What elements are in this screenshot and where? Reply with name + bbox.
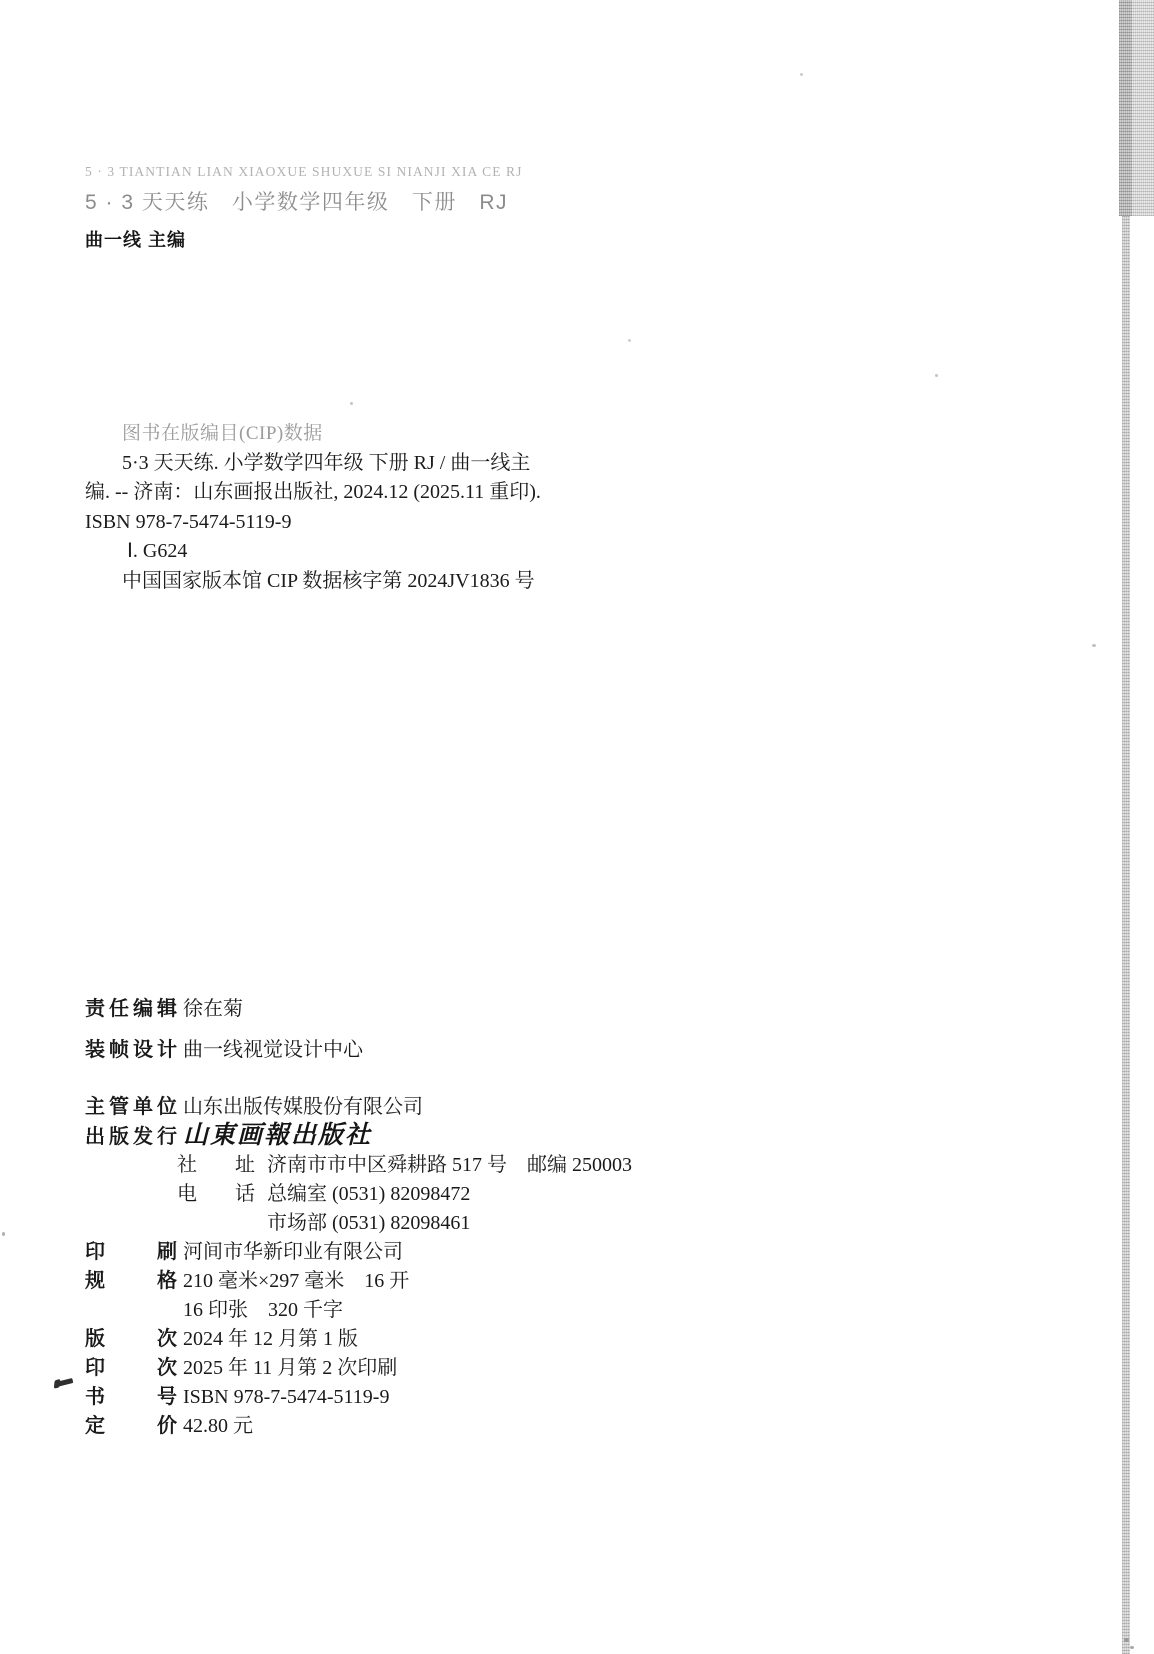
colophon-row-impression: 印次 2025 年 11 月第 2 次印刷 — [85, 1356, 785, 1385]
scan-speck — [628, 339, 631, 342]
scan-edge-strip — [1122, 216, 1130, 1654]
colophon-row-address: 社址 济南市市中区舜耕路 517 号 邮编 250003 — [85, 1153, 785, 1182]
cip-record-number: 中国国家版本馆 CIP 数据核字第 2024JV1836 号 — [85, 567, 645, 597]
colophon-row-phone: 电话 总编室 (0531) 82098472 — [85, 1182, 785, 1211]
cip-line: 编. -- 济南：山东画报出版社, 2024.12 (2025.11 重印). — [85, 478, 645, 508]
row-label: 定价 — [85, 1414, 177, 1439]
row-label: 主管单位 — [85, 1095, 177, 1120]
colophon-row-editor: 责任编辑 徐在菊 — [85, 997, 785, 1026]
colophon-row-phone-market: 市场部 (0531) 82098461 — [85, 1211, 785, 1240]
row-label: 规格 — [85, 1269, 177, 1294]
row-label: 版次 — [85, 1327, 177, 1352]
colophon-row-publisher: 出版发行 山東画報出版社 — [85, 1124, 785, 1153]
row-label: 出版发行 — [85, 1125, 177, 1150]
row-label: 印次 — [85, 1356, 177, 1381]
colophon-row-design: 装帧设计 曲一线视觉设计中心 — [85, 1038, 785, 1067]
scan-edge-band-dark — [1119, 0, 1132, 216]
row-value: 210 毫米×297 毫米 16 开 — [183, 1269, 409, 1294]
cip-classification: Ⅰ. G624 — [85, 537, 645, 567]
row-value: 总编室 (0531) 82098472 — [267, 1182, 470, 1207]
row-value: 济南市市中区舜耕路 517 号 邮编 250003 — [267, 1153, 632, 1178]
scan-speck — [1130, 1646, 1134, 1649]
row-label: 责任编辑 — [85, 997, 177, 1022]
cip-isbn: ISBN 978-7-5474-5119-9 — [85, 508, 645, 538]
row-sublabel: 电话 — [177, 1182, 255, 1207]
row-value: 曲一线视觉设计中心 — [183, 1038, 363, 1063]
colophon-row-sheets: 16 印张 320 千字 — [85, 1298, 785, 1327]
scanned-copyright-page: 5 · 3 TIANTIAN LIAN XIAOXUE SHUXUE SI NI… — [0, 0, 1154, 1654]
scan-speck — [800, 73, 803, 76]
row-value: 市场部 (0531) 82098461 — [267, 1211, 470, 1236]
row-value: 42.80 元 — [183, 1414, 253, 1439]
colophon-row-printer: 印刷 河间市华新印业有限公司 — [85, 1240, 785, 1269]
book-header: 5 · 3 TIANTIAN LIAN XIAOXUE SHUXUE SI NI… — [85, 164, 523, 252]
scan-speck — [350, 402, 353, 405]
book-title-romanized: 5 · 3 TIANTIAN LIAN XIAOXUE SHUXUE SI NI… — [85, 164, 523, 180]
row-label: 印刷 — [85, 1240, 177, 1265]
row-sublabel: 社址 — [177, 1153, 255, 1178]
colophon-row-format: 规格 210 毫米×297 毫米 16 开 — [85, 1269, 785, 1298]
scan-speck — [2, 1232, 5, 1236]
publisher-logotype: 山東画報出版社 — [183, 1124, 372, 1146]
book-title: 5 · 3 天天练 小学数学四年级 下册 RJ — [85, 186, 523, 216]
scan-speck — [1124, 1638, 1129, 1642]
row-value: 16 印张 320 千字 — [183, 1298, 343, 1323]
colophon: 责任编辑 徐在菊 装帧设计 曲一线视觉设计中心 主管单位 山东出版传媒股份有限公… — [85, 997, 785, 1443]
colophon-row-isbn: 书号 ISBN 978-7-5474-5119-9 — [85, 1385, 785, 1414]
scan-speck — [1092, 644, 1096, 647]
colophon-row-edition: 版次 2024 年 12 月第 1 版 — [85, 1327, 785, 1356]
cip-line: 5·3 天天练. 小学数学四年级 下册 RJ / 曲一线主 — [85, 449, 645, 479]
row-value: ISBN 978-7-5474-5119-9 — [183, 1385, 389, 1410]
scan-mark — [56, 1378, 74, 1387]
cip-heading: 图书在版编目(CIP)数据 — [85, 419, 645, 449]
book-editor: 曲一线 主编 — [85, 226, 523, 252]
row-value: 徐在菊 — [183, 997, 243, 1022]
row-value: 2024 年 12 月第 1 版 — [183, 1327, 358, 1352]
row-value: 山东出版传媒股份有限公司 — [183, 1095, 423, 1120]
cip-block: 图书在版编目(CIP)数据 5·3 天天练. 小学数学四年级 下册 RJ / 曲… — [85, 419, 645, 596]
colophon-row-price: 定价 42.80 元 — [85, 1414, 785, 1443]
row-value: 2025 年 11 月第 2 次印刷 — [183, 1356, 397, 1381]
row-value: 河间市华新印业有限公司 — [183, 1240, 403, 1265]
row-label: 装帧设计 — [85, 1038, 177, 1063]
row-label: 书号 — [85, 1385, 177, 1410]
scan-speck — [935, 374, 938, 377]
